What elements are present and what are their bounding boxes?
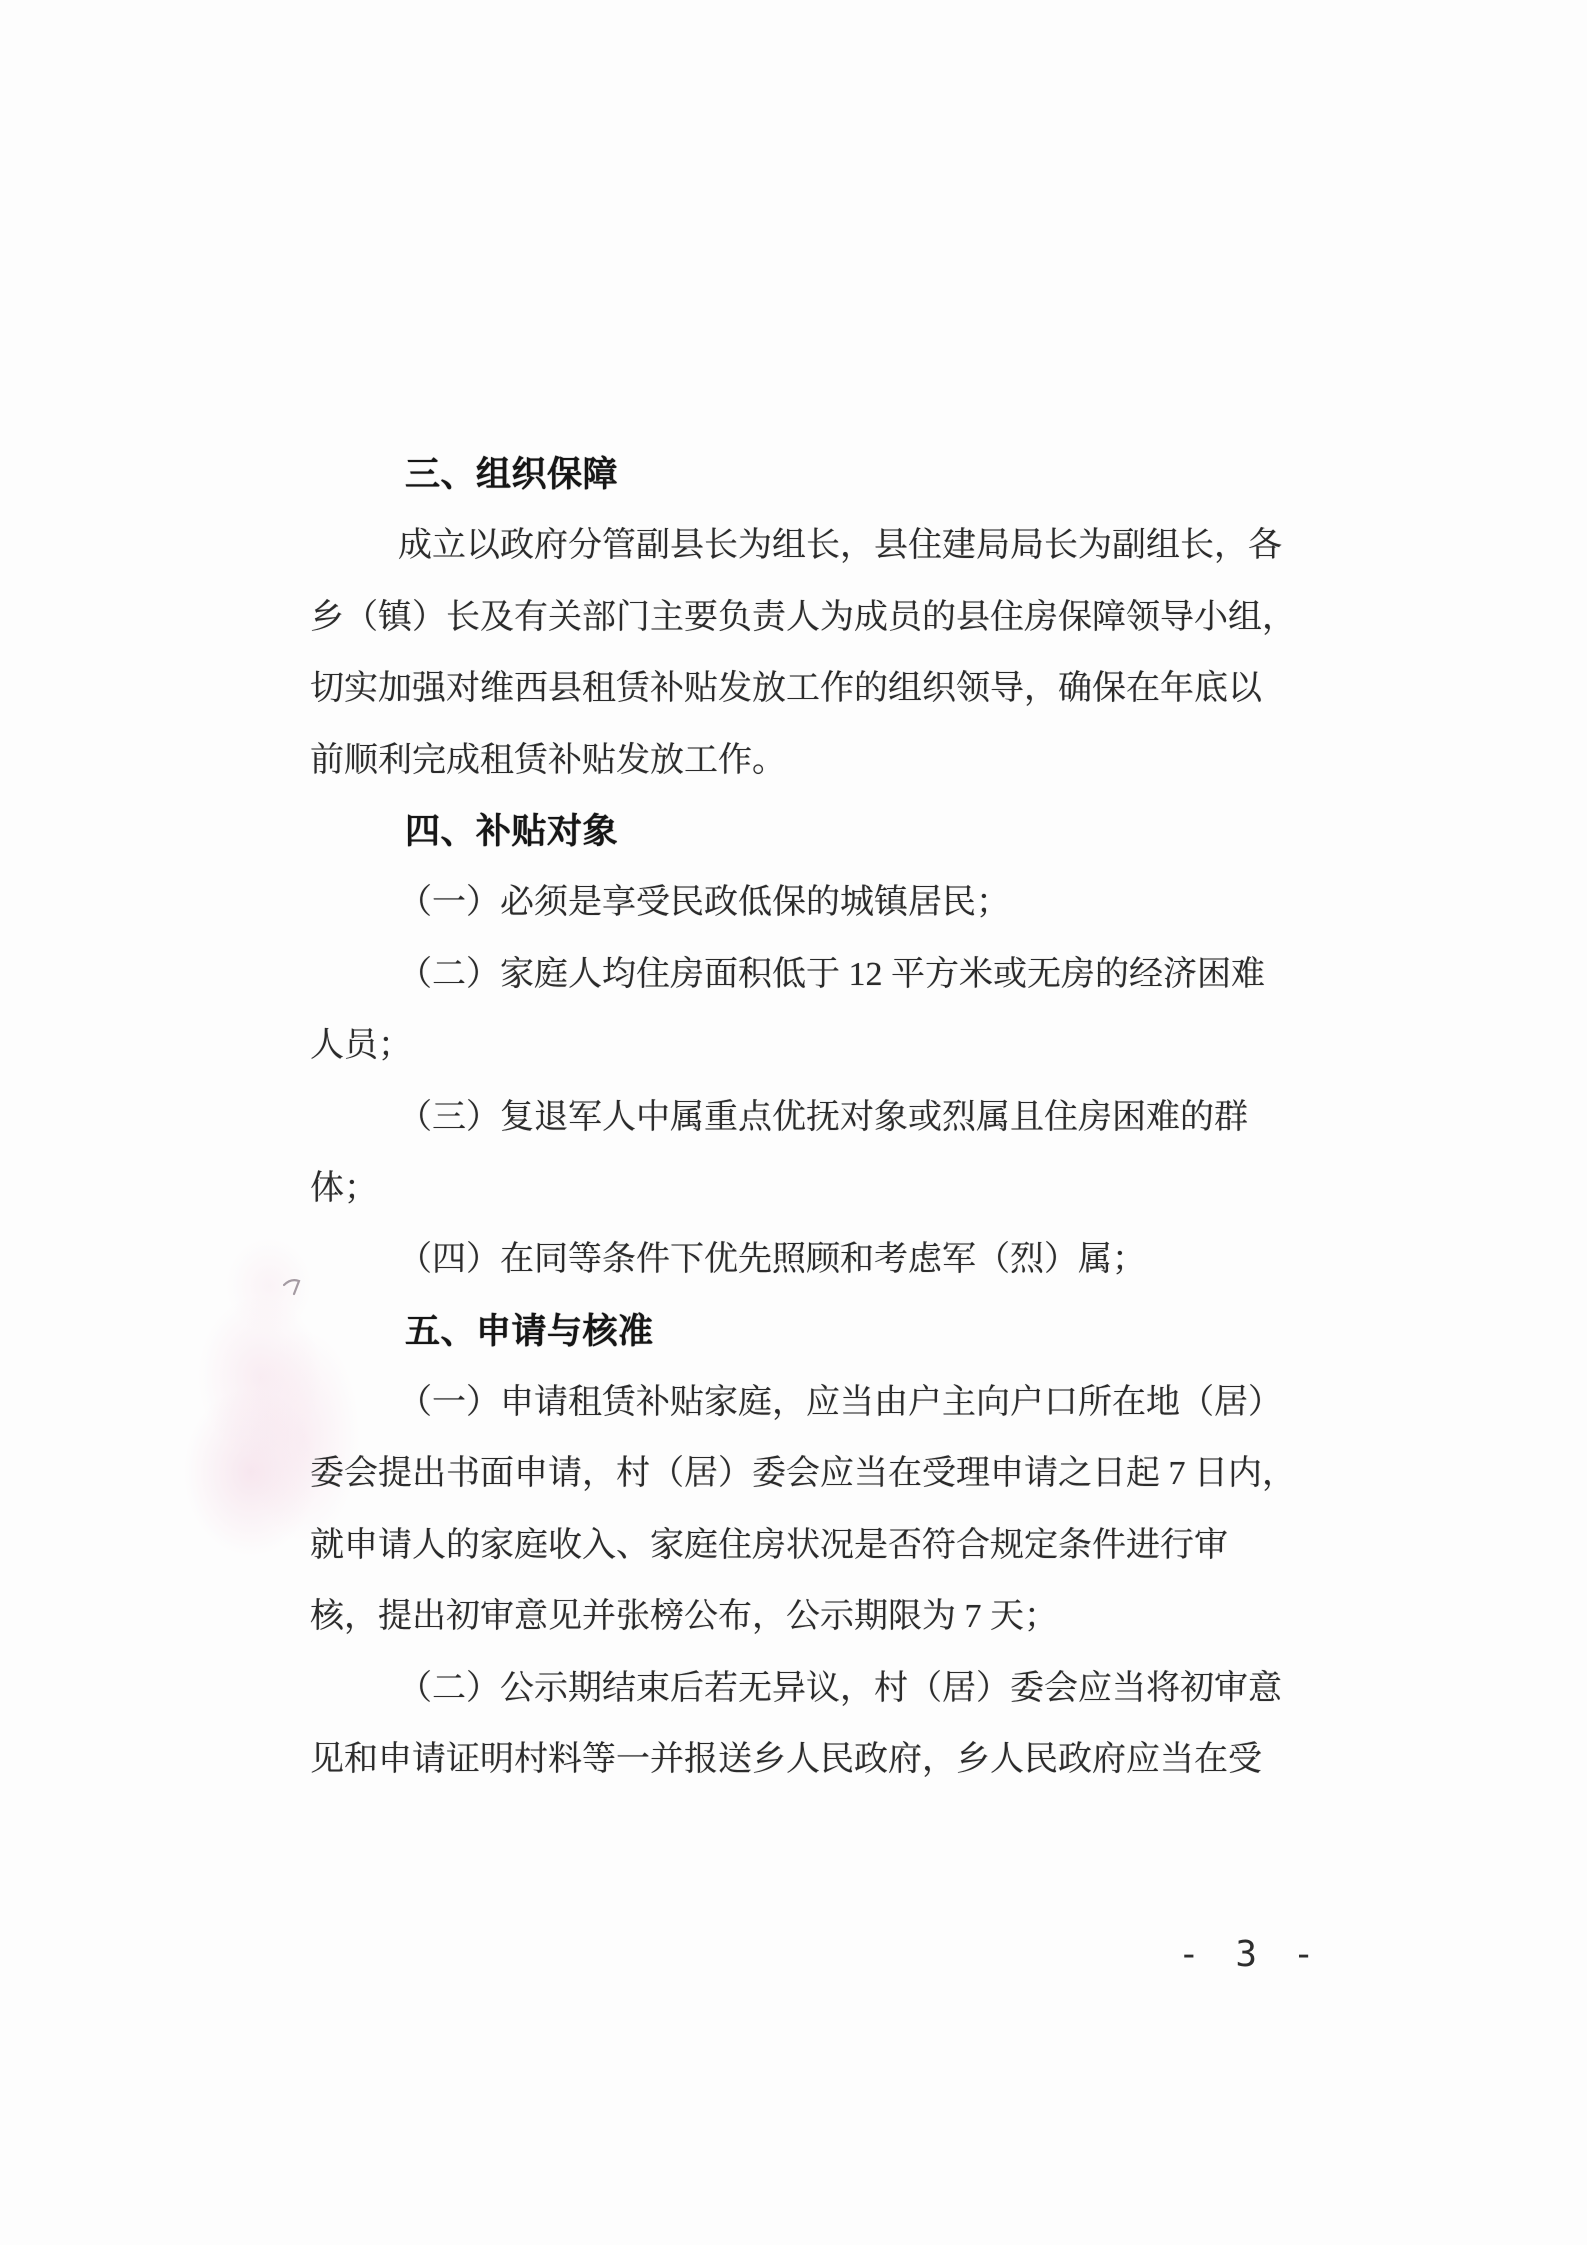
document-body: 三、组织保障 成立以政府分管副县长为组长，县住建局局长为副组长，各 乡（镇）长及… <box>310 439 1302 1795</box>
body-line: 就申请人的家庭收入、家庭住房状况是否符合规定条件进行审 <box>310 1510 1302 1581</box>
body-line: 核，提出初审意见并张榜公布，公示期限为 7 天； <box>310 1581 1302 1652</box>
pen-squiggle-path <box>284 1280 299 1294</box>
scan-stain <box>198 1296 322 1458</box>
body-line: 前顺利完成租赁补贴发放工作。 <box>310 725 1302 796</box>
body-line: 乡（镇）长及有关部门主要负责人为成员的县住房保障领导小组， <box>310 582 1302 653</box>
body-line: 见和申请证明村料等一并报送乡人民政府，乡人民政府应当在受 <box>310 1724 1302 1795</box>
body-line: （二）家庭人均住房面积低于 12 平方米或无房的经济困难 <box>310 939 1302 1010</box>
section-heading-5: 五、申请与核准 <box>310 1296 1302 1367</box>
body-line: （一）必须是享受民政低保的城镇居民； <box>310 867 1302 938</box>
pen-squiggle-mark <box>283 1277 305 1297</box>
body-line: 体； <box>310 1153 1302 1224</box>
body-line: 成立以政府分管副县长为组长，县住建局局长为副组长，各 <box>310 510 1302 581</box>
body-line: （二）公示期结束后若无异议，村（居）委会应当将初审意 <box>310 1653 1302 1724</box>
scan-stain <box>226 1238 312 1334</box>
scan-stain <box>184 1388 318 1556</box>
page-number: - 3 - <box>1178 1934 1321 1975</box>
section-heading-3: 三、组织保障 <box>310 439 1302 510</box>
document-page: 三、组织保障 成立以政府分管副县长为组长，县住建局局长为副组长，各 乡（镇）长及… <box>0 0 1587 2245</box>
body-line: （三）复退军人中属重点优抚对象或烈属且住房困难的群 <box>310 1082 1302 1153</box>
body-line: 切实加强对维西县租赁补贴发放工作的组织领导，确保在年底以 <box>310 653 1302 724</box>
body-line: 人员； <box>310 1010 1302 1081</box>
body-line: （四）在同等条件下优先照顾和考虑军（烈）属； <box>310 1224 1302 1295</box>
body-line: 委会提出书面申请，村（居）委会应当在受理申请之日起 7 日内， <box>310 1438 1302 1509</box>
section-heading-4: 四、补贴对象 <box>310 796 1302 867</box>
body-line: （一）申请租赁补贴家庭，应当由户主向户口所在地（居） <box>310 1367 1302 1438</box>
